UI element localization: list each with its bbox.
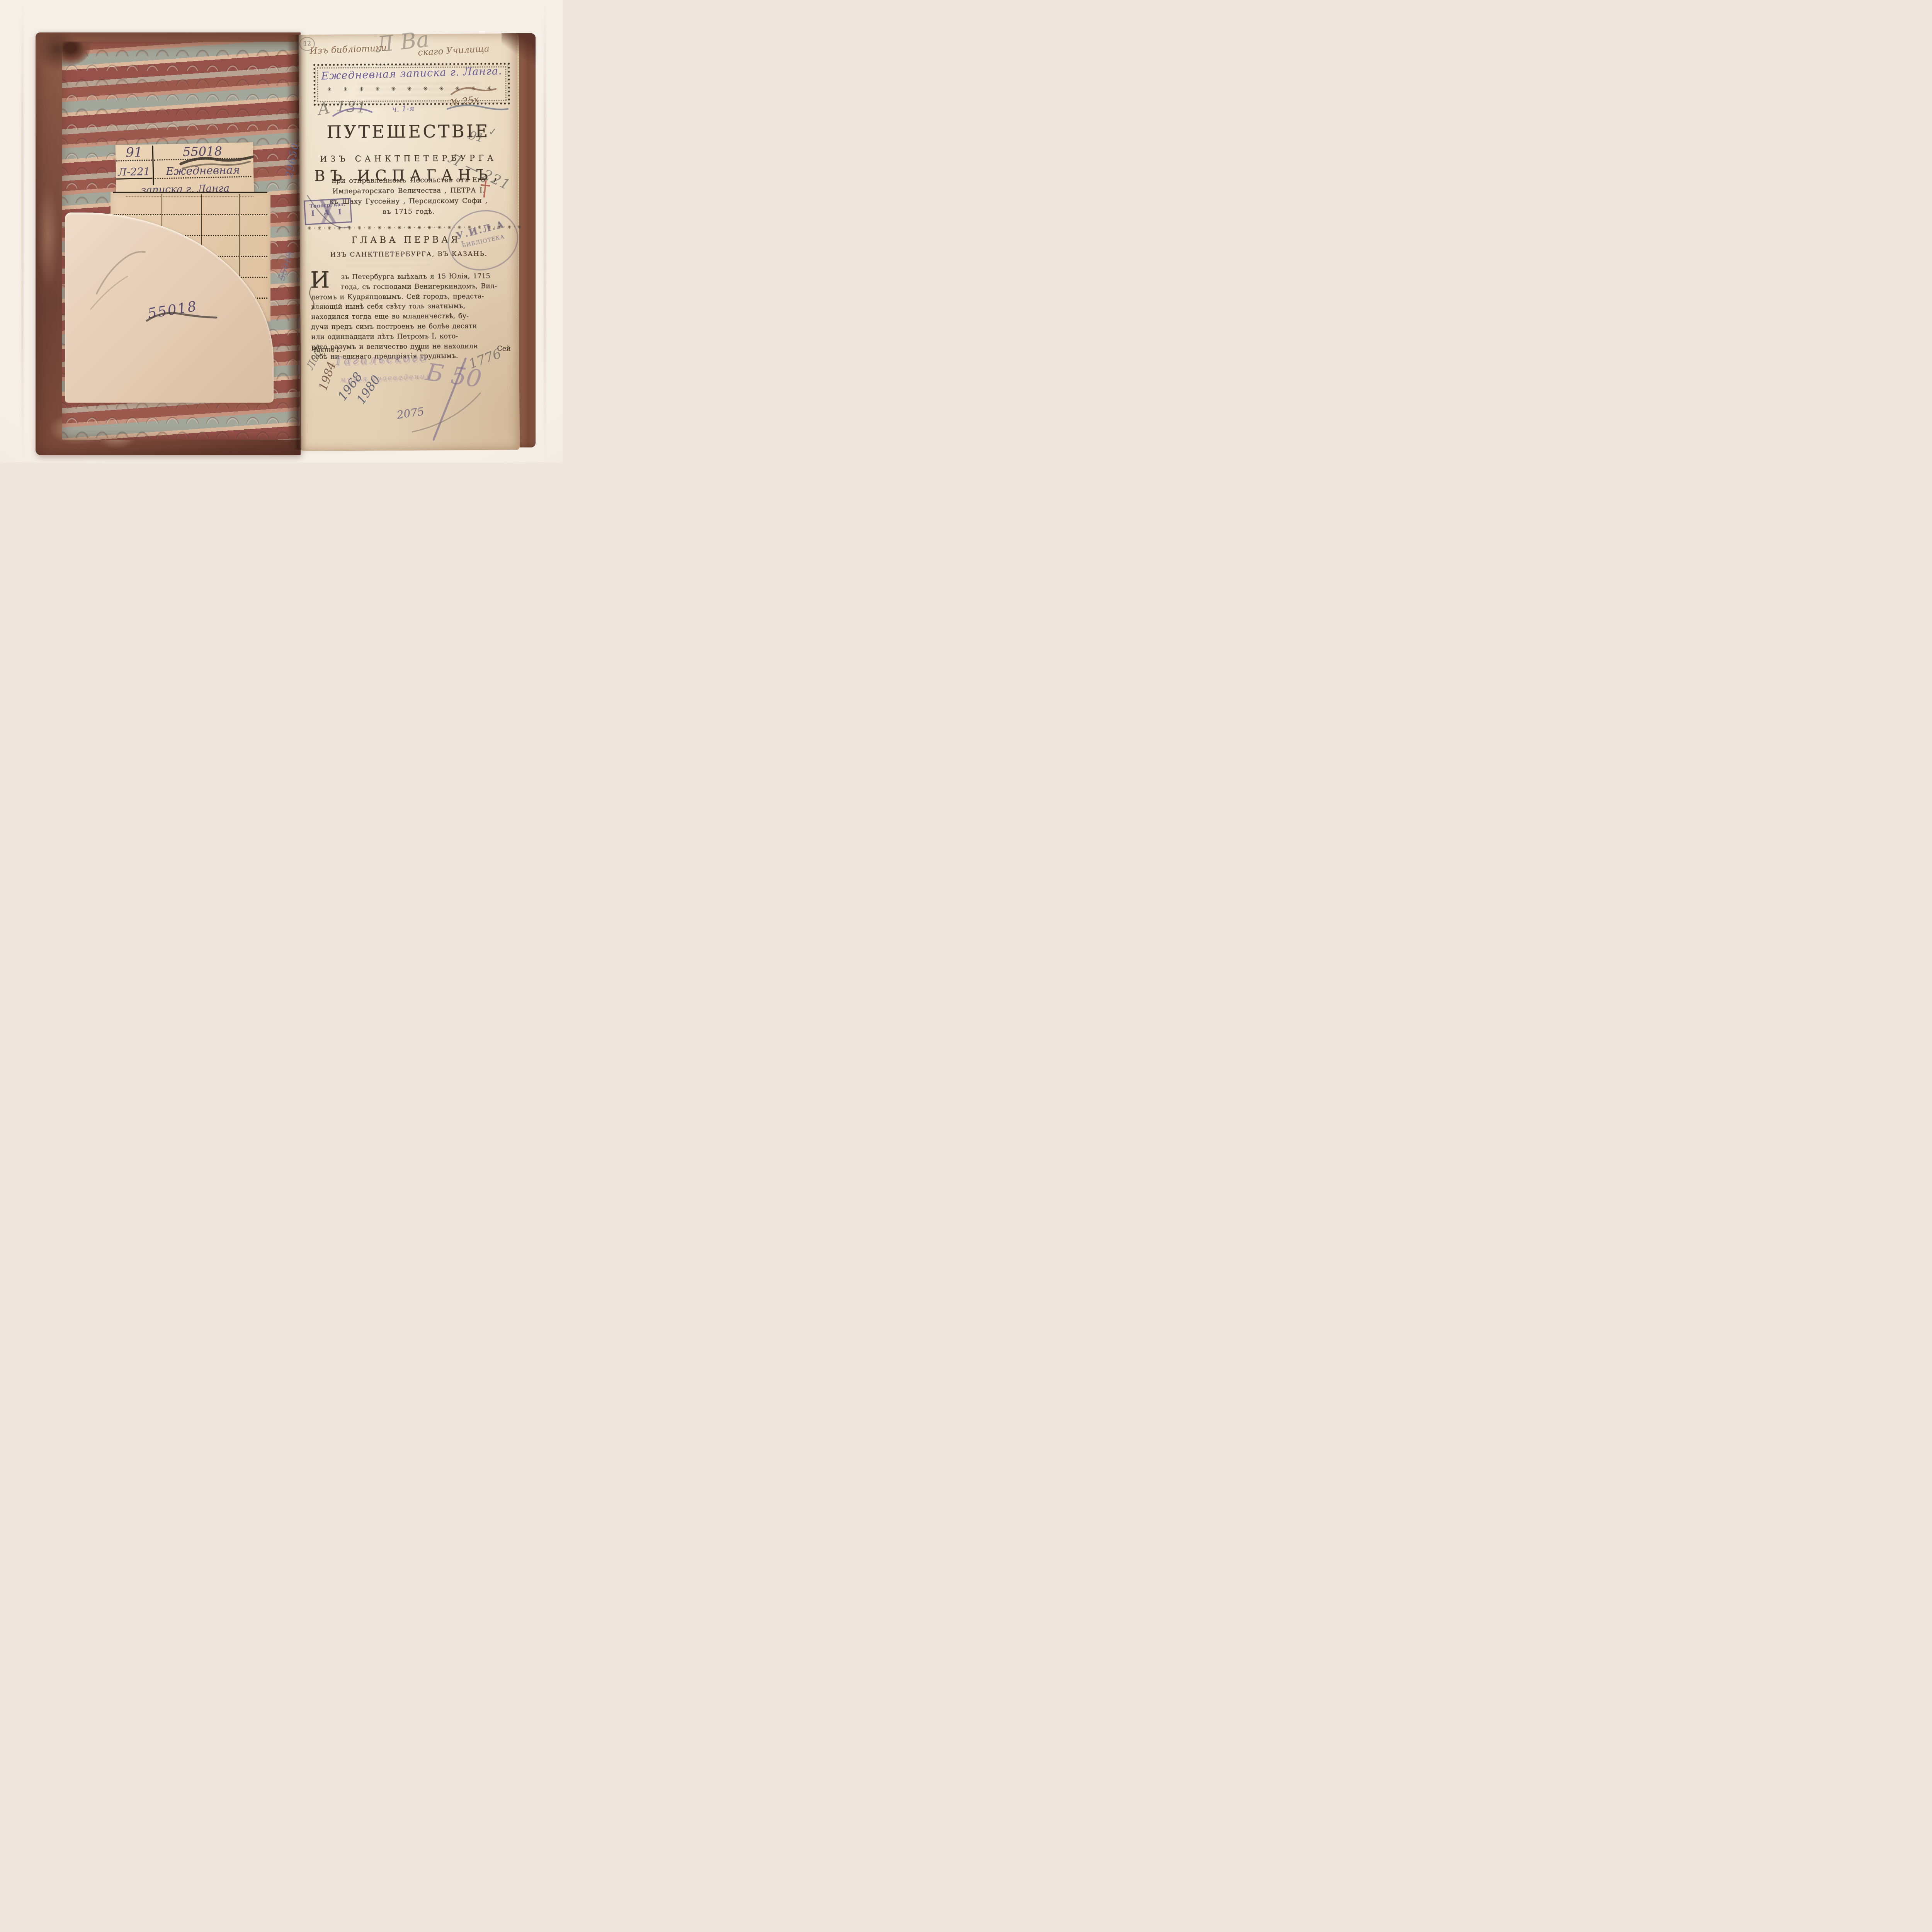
pencil-number-131: 131	[336, 98, 367, 116]
right-leather-cover	[519, 35, 536, 447]
star-ornament-row: ✳ ✳ ✳ ✳ ✳ ✳ ✳ ✳ ✳ ✳ ✳	[316, 85, 508, 93]
card-top-rule	[113, 192, 267, 193]
body-line: года, съ господами Венигеркиндомъ, Вил-	[311, 281, 510, 293]
body-line: вляющій нынѣ себя свѣту толь знатнымъ,	[311, 301, 510, 313]
backdrop-crease-right	[544, 0, 546, 463]
accession-number: 2075	[396, 405, 425, 422]
library-label: 91 55018 Л-221 Ежедневная записка г. Лан…	[116, 142, 254, 199]
title-page: 12 Изъ библіотики Л Ва скаго Училища Еже…	[299, 33, 520, 451]
label-title-line1: Ежедневная	[155, 164, 252, 179]
leather-wear-patch	[37, 155, 64, 317]
pocket-number-crossed: 55018	[147, 298, 199, 322]
backdrop-crease-left	[22, 0, 23, 463]
label-call-number-bottom: Л-221	[116, 166, 153, 180]
right-cover-corner	[502, 33, 536, 66]
ownership-inscription-left: Изъ библіотики	[310, 43, 387, 56]
body-line: зъ Петербурга выѣхалъ я 15 Юлія, 1715	[311, 271, 510, 282]
pencil-number-91: 91	[468, 129, 485, 145]
card-dotted-rule	[126, 196, 253, 197]
pencil-checkmark: ✓	[488, 126, 497, 138]
part-annotation: ч. 1-я	[392, 104, 415, 114]
body-line: или одиннадцати лѣтъ Петромъ I, кото-	[311, 331, 510, 342]
card-dotted-rule	[114, 214, 267, 215]
book-photo: 91 55018 Л-221 Ежедневная записка г. Лан…	[0, 0, 563, 463]
label-call-number-top: 91	[116, 145, 152, 162]
body-line: дучи предъ симъ построенъ не болѣе десят…	[311, 321, 510, 332]
label-inventory-crossed: 55018	[154, 144, 251, 160]
body-line: находился тогда еще во младенчествѣ, бу-	[311, 311, 510, 323]
book-title-line2: ИЗЪ САНКТПЕТЕРБУРГА	[307, 153, 510, 163]
body-line: летомъ и Кудряпцовымъ. Сей городъ, предс…	[311, 291, 510, 303]
topographic-catalog-stamp: Топогр. кат. I А I	[304, 198, 352, 225]
